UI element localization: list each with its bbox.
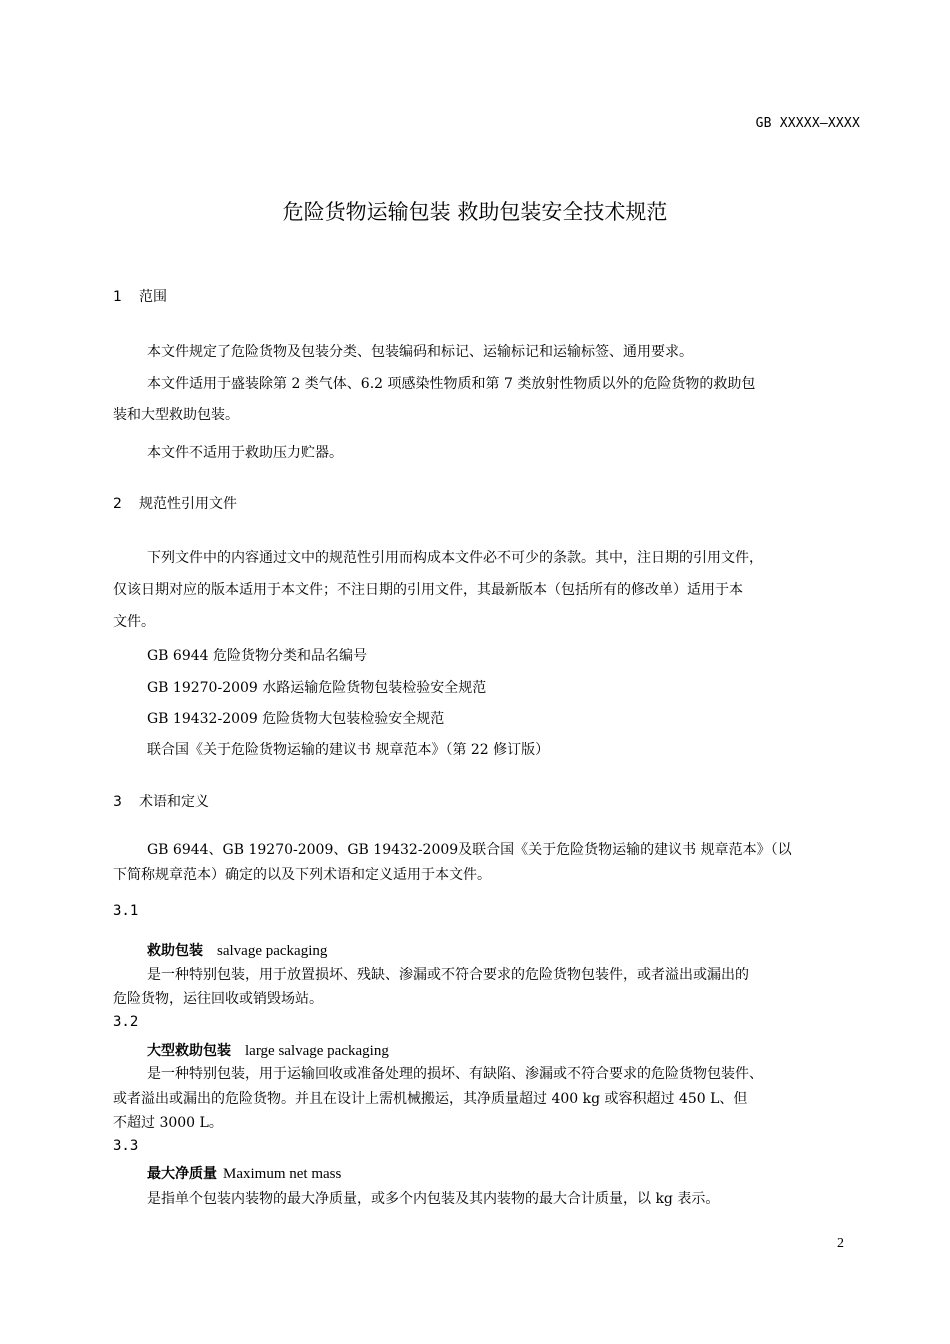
- clause-number: 3.2: [113, 1014, 138, 1030]
- reference-item: GB 6944 危险货物分类和品名编号: [147, 645, 367, 665]
- term-chinese: 最大净质量: [147, 1166, 217, 1182]
- section-title: 规范性引用文件: [139, 496, 237, 512]
- term-english: salvage packaging: [217, 943, 327, 959]
- paragraph: 下列文件中的内容通过文中的规范性引用而构成本文件必不可少的条款。其中，注日期的引…: [147, 547, 763, 567]
- paragraph: GB 6944、GB 19270-2009、GB 19432-2009及联合国《…: [147, 839, 792, 859]
- paragraph-continued: 装和大型救助包装。: [113, 404, 239, 424]
- term-heading: 最大净质量Maximum net mass: [147, 1163, 341, 1183]
- section-1-heading: 1范围: [113, 286, 167, 306]
- document-code: GB XXXXX—XXXX: [756, 116, 860, 131]
- term-chinese: 救助包装: [147, 943, 203, 959]
- definition-continued: 不超过 3000 L。: [113, 1112, 223, 1132]
- section-number: 3: [113, 794, 139, 810]
- section-number: 1: [113, 289, 139, 305]
- definition: 是一种特别包装，用于运输回收或准备处理的损坏、有缺陷、渗漏或不符合要求的危险货物…: [147, 1063, 763, 1083]
- reference-item: GB 19270-2009 水路运输危险货物包装检验安全规范: [147, 677, 486, 697]
- clause-number: 3.3: [113, 1138, 138, 1154]
- section-title: 范围: [139, 289, 167, 305]
- term-english: large salvage packaging: [245, 1043, 389, 1059]
- reference-item: GB 19432-2009 危险货物大包装检验安全规范: [147, 708, 444, 728]
- paragraph: 本文件不适用于救助压力贮器。: [147, 442, 343, 462]
- section-2-heading: 2规范性引用文件: [113, 493, 237, 513]
- document-title: 危险货物运输包装 救助包装安全技术规范: [0, 196, 950, 226]
- paragraph-continued: 下简称规章范本）确定的以及下列术语和定义适用于本文件。: [113, 864, 491, 884]
- paragraph: 本文件适用于盛装除第 2 类气体、6.2 项感染性物质和第 7 类放射性物质以外…: [147, 373, 755, 393]
- clause-number: 3.1: [113, 903, 138, 919]
- term-heading: 救助包装salvage packaging: [147, 940, 327, 960]
- definition-continued: 危险货物，运往回收或销毁场站。: [113, 988, 323, 1008]
- paragraph-continued: 仅该日期对应的版本适用于本文件；不注日期的引用文件，其最新版本（包括所有的修改单…: [113, 579, 743, 599]
- page-number: 2: [837, 1236, 844, 1252]
- definition: 是一种特别包装，用于放置损坏、残缺、渗漏或不符合要求的危险货物包装件，或者溢出或…: [147, 964, 749, 984]
- section-title: 术语和定义: [139, 794, 209, 810]
- term-chinese: 大型救助包装: [147, 1043, 231, 1059]
- definition: 是指单个包装内装物的最大净质量，或多个内包装及其内装物的最大合计质量，以 kg …: [147, 1188, 719, 1208]
- reference-item: 联合国《关于危险货物运输的建议书 规章范本》（第 22 修订版）: [147, 739, 549, 759]
- definition-continued: 或者溢出或漏出的危险货物。并且在设计上需机械搬运，其净质量超过 400 kg 或…: [113, 1088, 747, 1108]
- section-3-heading: 3术语和定义: [113, 791, 209, 811]
- paragraph-continued: 文件。: [113, 611, 155, 631]
- section-number: 2: [113, 496, 139, 512]
- paragraph: 本文件规定了危险货物及包装分类、包装编码和标记、运输标记和运输标签、通用要求。: [147, 341, 693, 361]
- term-heading: 大型救助包装large salvage packaging: [147, 1040, 389, 1060]
- term-english: Maximum net mass: [223, 1166, 341, 1182]
